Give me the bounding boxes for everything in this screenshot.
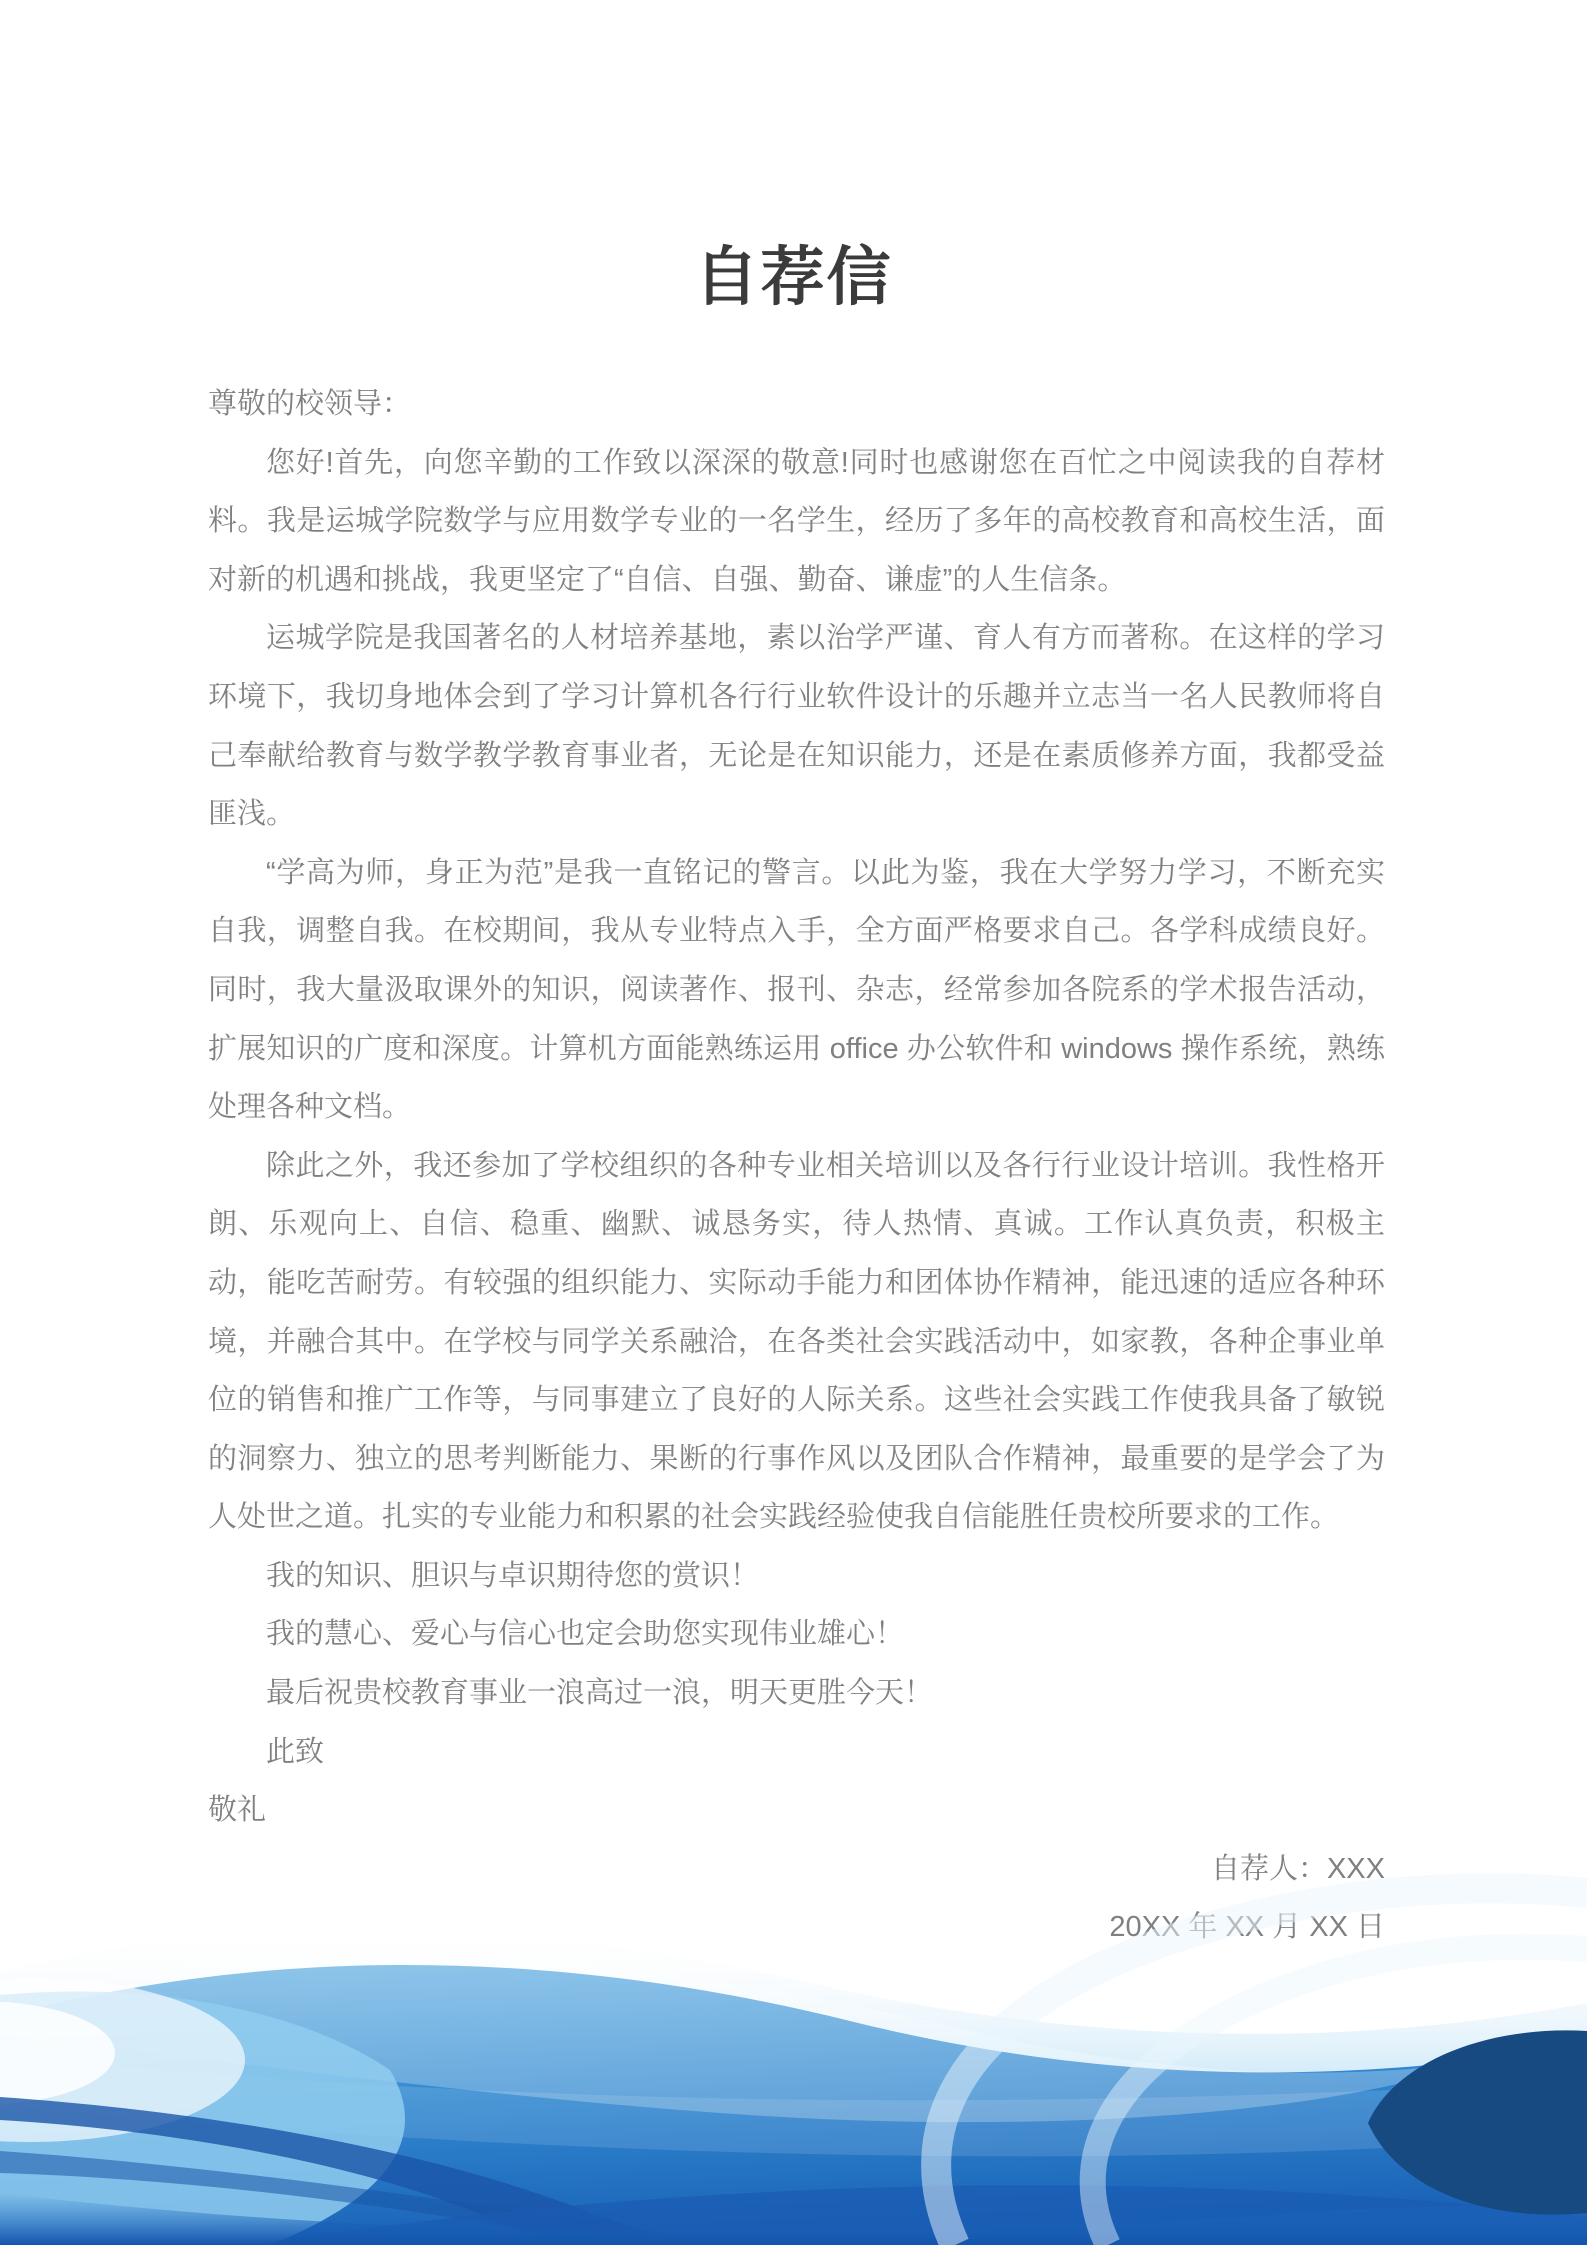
closing-jingli: 敬礼: [208, 1781, 1385, 1840]
salutation: 尊敬的校领导：: [208, 375, 1385, 434]
wave-left-highlight-outer: [0, 1978, 245, 2142]
closing-cizhi: 此致: [208, 1723, 1385, 1782]
paragraph-7: 最后祝贵校教育事业一浪高过一浪，明天更胜今天！: [208, 1664, 1385, 1723]
wave-right-arc-inner: [1093, 1947, 1587, 2245]
paragraph-3: “学高为师，身正为范”是我一直铭记的警言。以此为鉴，我在大学努力学习，不断充实自…: [208, 844, 1385, 1137]
paragraph-4: 除此之外，我还参加了学校组织的各种专业相关培训以及各行行业设计培训。我性格开朗、…: [208, 1137, 1385, 1547]
wave-pale-band: [0, 1927, 1587, 2245]
wave-dark-band-2: [0, 2151, 745, 2245]
letter-body: 尊敬的校领导： 您好!首先，向您辛勤的工作致以深深的敬意!同时也感谢您在百忙之中…: [208, 375, 1385, 1957]
wave-left-highlight-inner: [0, 2001, 115, 2105]
wave-bottom-sweep: [250, 2185, 1587, 2245]
signature-name: 自荐人：XXX: [208, 1840, 1385, 1899]
paragraph-5: 我的知识、胆识与卓识期待您的赏识！: [208, 1547, 1385, 1606]
wave-light-sweep: [0, 1956, 1470, 2123]
signature-date: 20XX 年 XX 月 XX 日: [208, 1898, 1385, 1957]
paragraph-2: 运城学院是我国著名的人材培养基地，素以治学严谨、育人有方而著称。在这样的学习环境…: [208, 609, 1385, 843]
wave-dark-band-1: [0, 2097, 685, 2245]
paragraph-6: 我的慧心、爱心与信心也定会助您实现伟业雄心！: [208, 1605, 1385, 1664]
wave-navy-blob: [1368, 2030, 1587, 2214]
wave-left-light: [0, 1991, 405, 2245]
wave-deep-strip: [0, 2193, 1587, 2245]
document-page: 自荐信 尊敬的校领导： 您好!首先，向您辛勤的工作致以深深的敬意!同时也感谢您在…: [0, 0, 1587, 2245]
wave-main: [0, 1965, 1587, 2245]
document-title: 自荐信: [0, 242, 1587, 312]
wave-soft-band: [0, 2055, 1587, 2156]
paragraph-1: 您好!首先，向您辛勤的工作致以深深的敬意!同时也感谢您在百忙之中阅读我的自荐材料…: [208, 434, 1385, 610]
